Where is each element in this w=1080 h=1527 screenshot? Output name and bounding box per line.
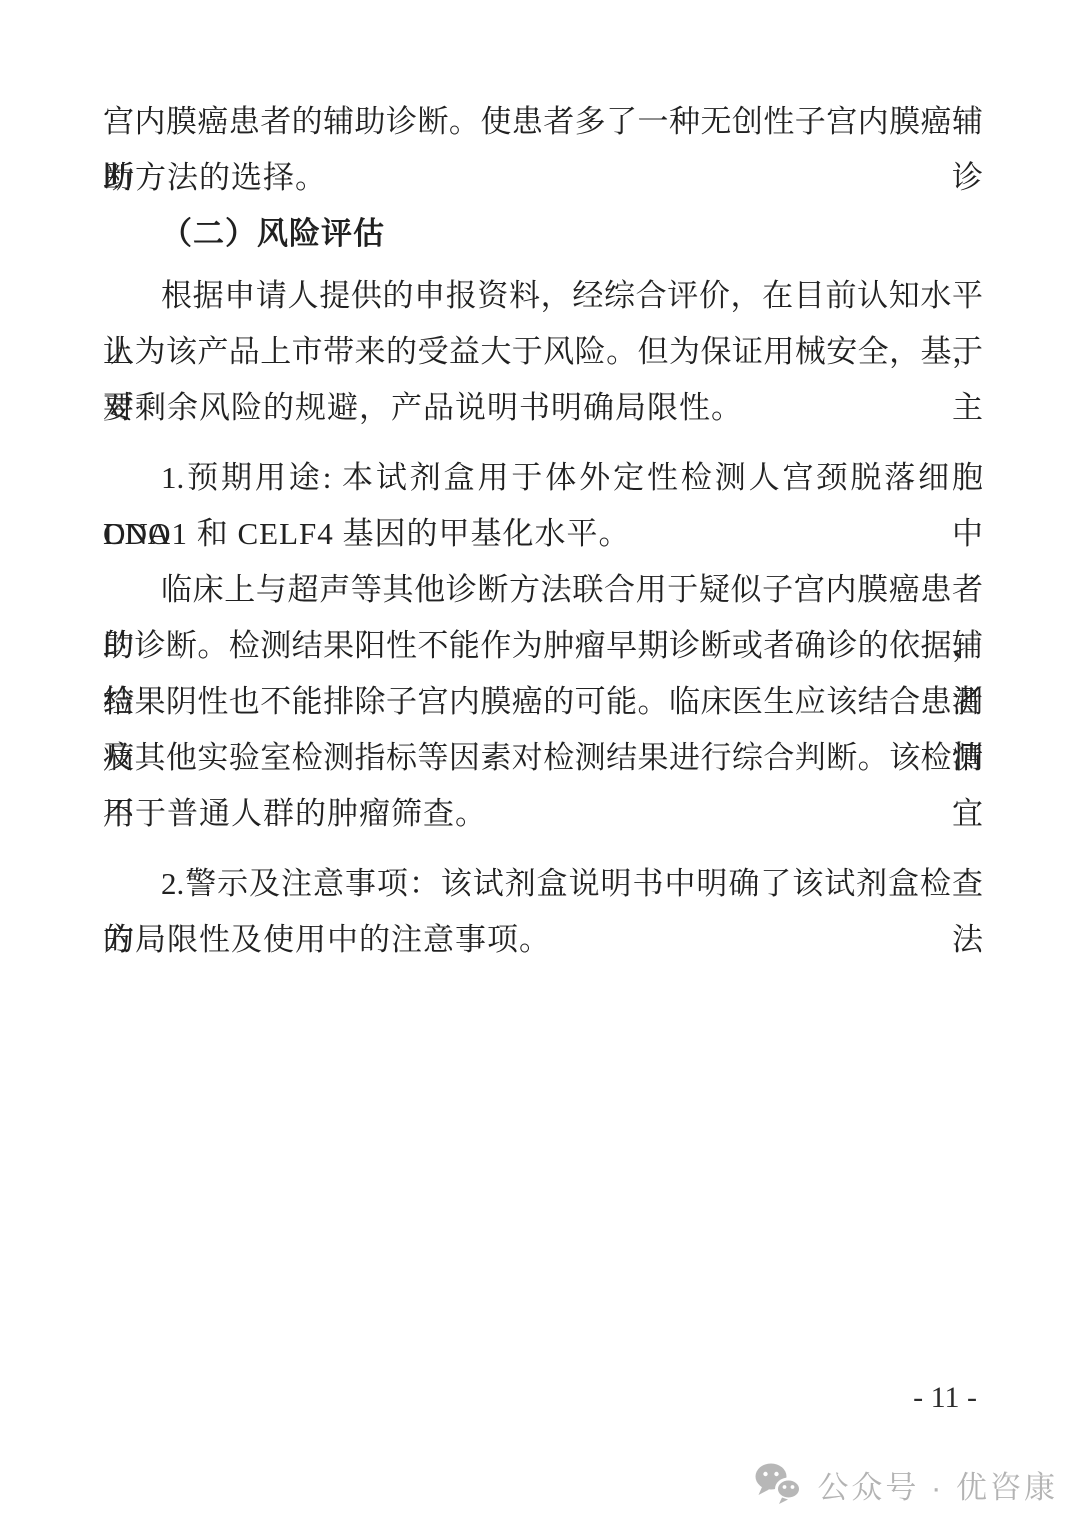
watermark-text: 公众号 · 优咨康 (817, 1462, 1058, 1507)
text-line: 宫内膜癌患者的辅助诊断。使患者多了一种无创性子宫内膜癌辅助诊 (103, 94, 983, 150)
document-page: 宫内膜癌患者的辅助诊断。使患者多了一种无创性子宫内膜癌辅助诊 断方法的选择。 （… (0, 0, 1080, 1527)
wechat-icon (751, 1461, 805, 1507)
text-line: 结果阴性也不能排除子宫内膜癌的可能。临床医生应该结合患者病情 (103, 674, 983, 730)
text-line: 1.预期用途: 本试剂盒用于体外定性检测人宫颈脱落细胞 DNA 中 (103, 450, 983, 506)
text-line: 根据申请人提供的申报资料，经综合评价，在目前认知水平上， (103, 268, 983, 324)
text-line: 及其他实验室检测指标等因素对检测结果进行综合判断。该检测不宜 (103, 730, 983, 786)
text-line: 助诊断。检测结果阳性不能作为肿瘤早期诊断或者确诊的依据，检测 (103, 618, 983, 674)
text-line: 临床上与超声等其他诊断方法联合用于疑似子宫内膜癌患者的辅 (103, 562, 983, 618)
page-number: - 11 - (913, 1381, 977, 1415)
section-heading: （二）风险评估 (103, 206, 983, 262)
text-line: 认为该产品上市带来的受益大于风险。但为保证用械安全，基于对主 (103, 324, 983, 380)
text-line: 2.警示及注意事项：该试剂盒说明书中明确了该试剂盒检查方法 (103, 856, 983, 912)
document-body: 宫内膜癌患者的辅助诊断。使患者多了一种无创性子宫内膜癌辅助诊 断方法的选择。 （… (103, 94, 983, 968)
footer-watermark: 公众号 · 优咨康 (751, 1461, 1058, 1507)
